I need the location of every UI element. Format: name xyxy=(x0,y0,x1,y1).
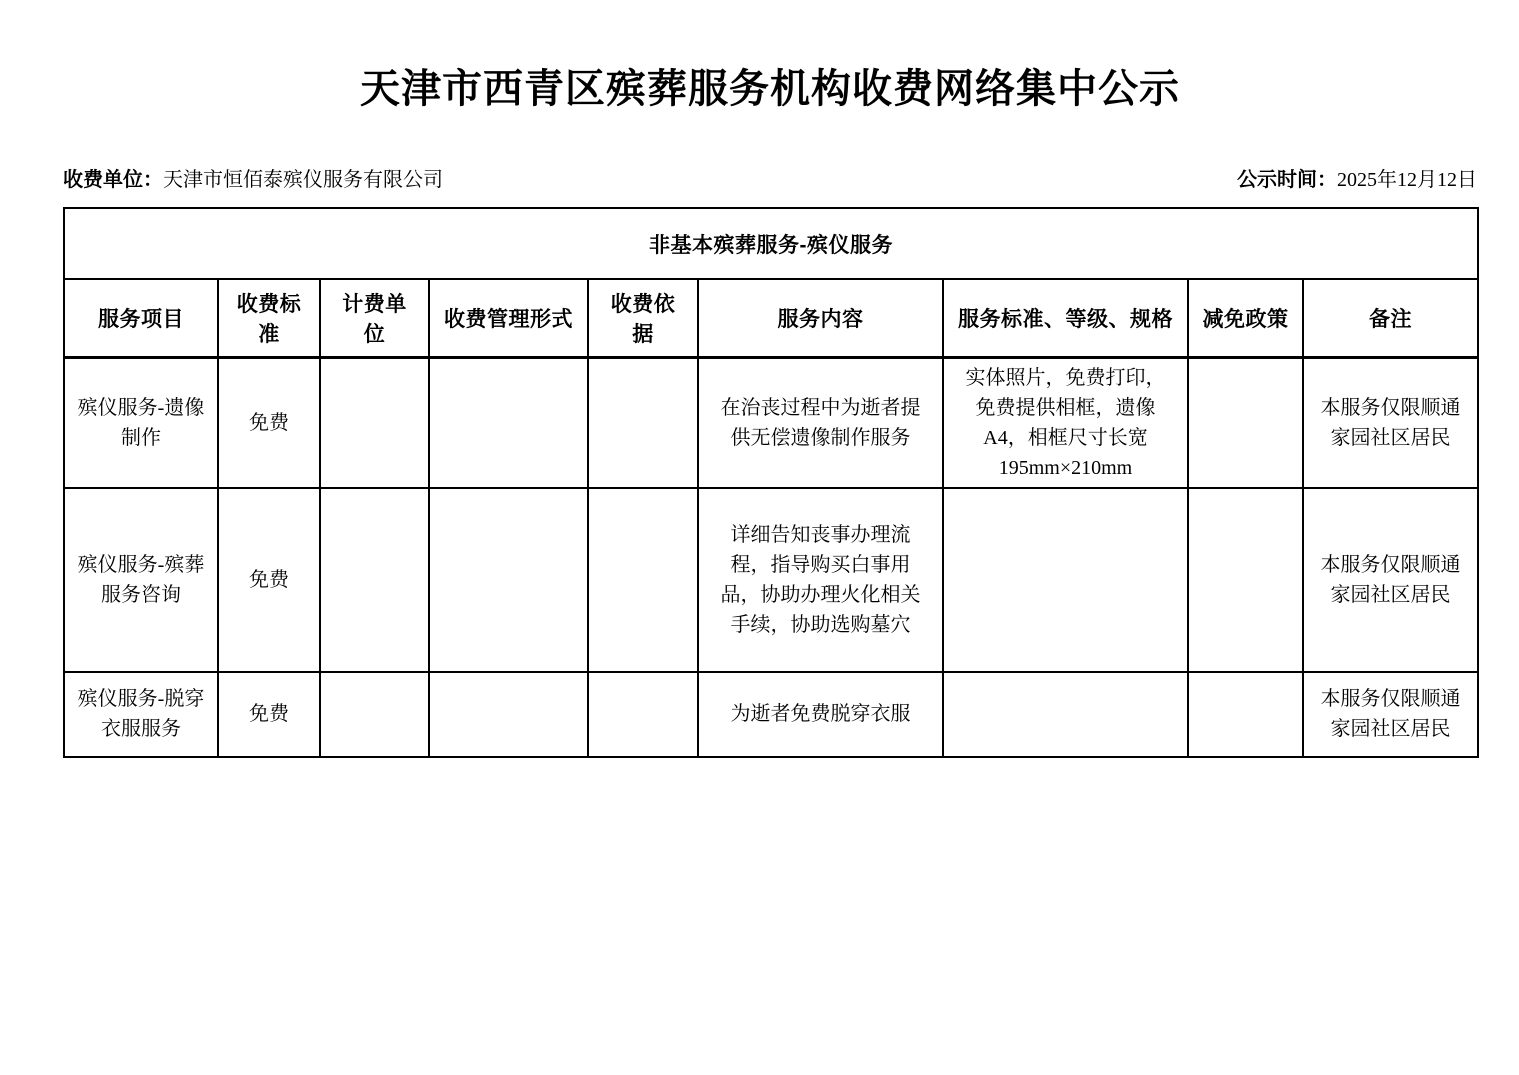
cell-fee-management-form xyxy=(429,357,588,488)
column-header-service-item: 服务项目 xyxy=(64,279,218,357)
cell-service-content: 在治丧过程中为逝者提供无偿遗像制作服务 xyxy=(698,357,943,488)
page-title: 天津市西青区殡葬服务机构收费网络集中公示 xyxy=(63,64,1477,114)
cell-remarks: 本服务仅限顺通家园社区居民 xyxy=(1303,488,1478,672)
cell-service-standard-grade-spec xyxy=(943,672,1188,757)
cell-fee-basis xyxy=(588,672,698,757)
table-group-row: 非基本殡葬服务-殡仪服务 xyxy=(64,208,1478,279)
table-row: 殡仪服务-脱穿衣服服务 免费 为逝者免费脱穿衣服 本服务仅限顺通家园社区居民 xyxy=(64,672,1478,757)
cell-reduction-policy xyxy=(1188,357,1303,488)
table-group-header: 非基本殡葬服务-殡仪服务 xyxy=(64,208,1478,279)
cell-remarks: 本服务仅限顺通家园社区居民 xyxy=(1303,357,1478,488)
fee-unit: 收费单位：天津市恒佰泰殡仪服务有限公司 xyxy=(63,166,443,194)
cell-service-standard-grade-spec xyxy=(943,488,1188,672)
column-header-remarks: 备注 xyxy=(1303,279,1478,357)
cell-service-content: 为逝者免费脱穿衣服 xyxy=(698,672,943,757)
table-row: 殡仪服务-殡葬服务咨询 免费 详细告知丧事办理流程，指导购买白事用品，协助办理火… xyxy=(64,488,1478,672)
column-header-fee-standard: 收费标准 xyxy=(218,279,320,357)
cell-billing-unit xyxy=(320,488,429,672)
column-header-billing-unit: 计费单位 xyxy=(320,279,429,357)
publish-time: 公示时间：2025年12月12日 xyxy=(1237,166,1477,194)
cell-service-item: 殡仪服务-殡葬服务咨询 xyxy=(64,488,218,672)
column-header-service-content: 服务内容 xyxy=(698,279,943,357)
fee-unit-label: 收费单位： xyxy=(63,169,163,191)
fee-unit-value: 天津市恒佰泰殡仪服务有限公司 xyxy=(163,169,443,191)
column-header-service-standard-grade-spec: 服务标准、等级、规格 xyxy=(943,279,1188,357)
cell-reduction-policy xyxy=(1188,488,1303,672)
publish-time-value: 2025年12月12日 xyxy=(1337,169,1477,191)
column-header-fee-management-form: 收费管理形式 xyxy=(429,279,588,357)
column-header-reduction-policy: 减免政策 xyxy=(1188,279,1303,357)
cell-fee-standard: 免费 xyxy=(218,488,320,672)
fee-table: 非基本殡葬服务-殡仪服务 服务项目 收费标准 计费单位 收费管理形式 收费依据 … xyxy=(63,207,1479,758)
cell-service-item: 殡仪服务-遗像制作 xyxy=(64,357,218,488)
cell-fee-management-form xyxy=(429,672,588,757)
cell-billing-unit xyxy=(320,672,429,757)
cell-service-item: 殡仪服务-脱穿衣服服务 xyxy=(64,672,218,757)
document-page: 天津市西青区殡葬服务机构收费网络集中公示 收费单位：天津市恒佰泰殡仪服务有限公司… xyxy=(0,0,1519,1075)
meta-row: 收费单位：天津市恒佰泰殡仪服务有限公司 公示时间：2025年12月12日 xyxy=(63,166,1477,194)
cell-fee-management-form xyxy=(429,488,588,672)
cell-service-standard-grade-spec: 实体照片，免费打印，免费提供相框，遗像A4，相框尺寸长宽195mm×210mm xyxy=(943,357,1188,488)
cell-billing-unit xyxy=(320,357,429,488)
cell-service-content: 详细告知丧事办理流程，指导购买白事用品，协助办理火化相关手续，协助选购墓穴 xyxy=(698,488,943,672)
cell-fee-standard: 免费 xyxy=(218,672,320,757)
table-header-row: 服务项目 收费标准 计费单位 收费管理形式 收费依据 服务内容 服务标准、等级、… xyxy=(64,279,1478,357)
cell-fee-basis xyxy=(588,357,698,488)
column-header-fee-basis: 收费依据 xyxy=(588,279,698,357)
cell-remarks: 本服务仅限顺通家园社区居民 xyxy=(1303,672,1478,757)
cell-reduction-policy xyxy=(1188,672,1303,757)
publish-time-label: 公示时间： xyxy=(1237,169,1337,191)
cell-fee-basis xyxy=(588,488,698,672)
cell-fee-standard: 免费 xyxy=(218,357,320,488)
table-row: 殡仪服务-遗像制作 免费 在治丧过程中为逝者提供无偿遗像制作服务 实体照片，免费… xyxy=(64,357,1478,488)
